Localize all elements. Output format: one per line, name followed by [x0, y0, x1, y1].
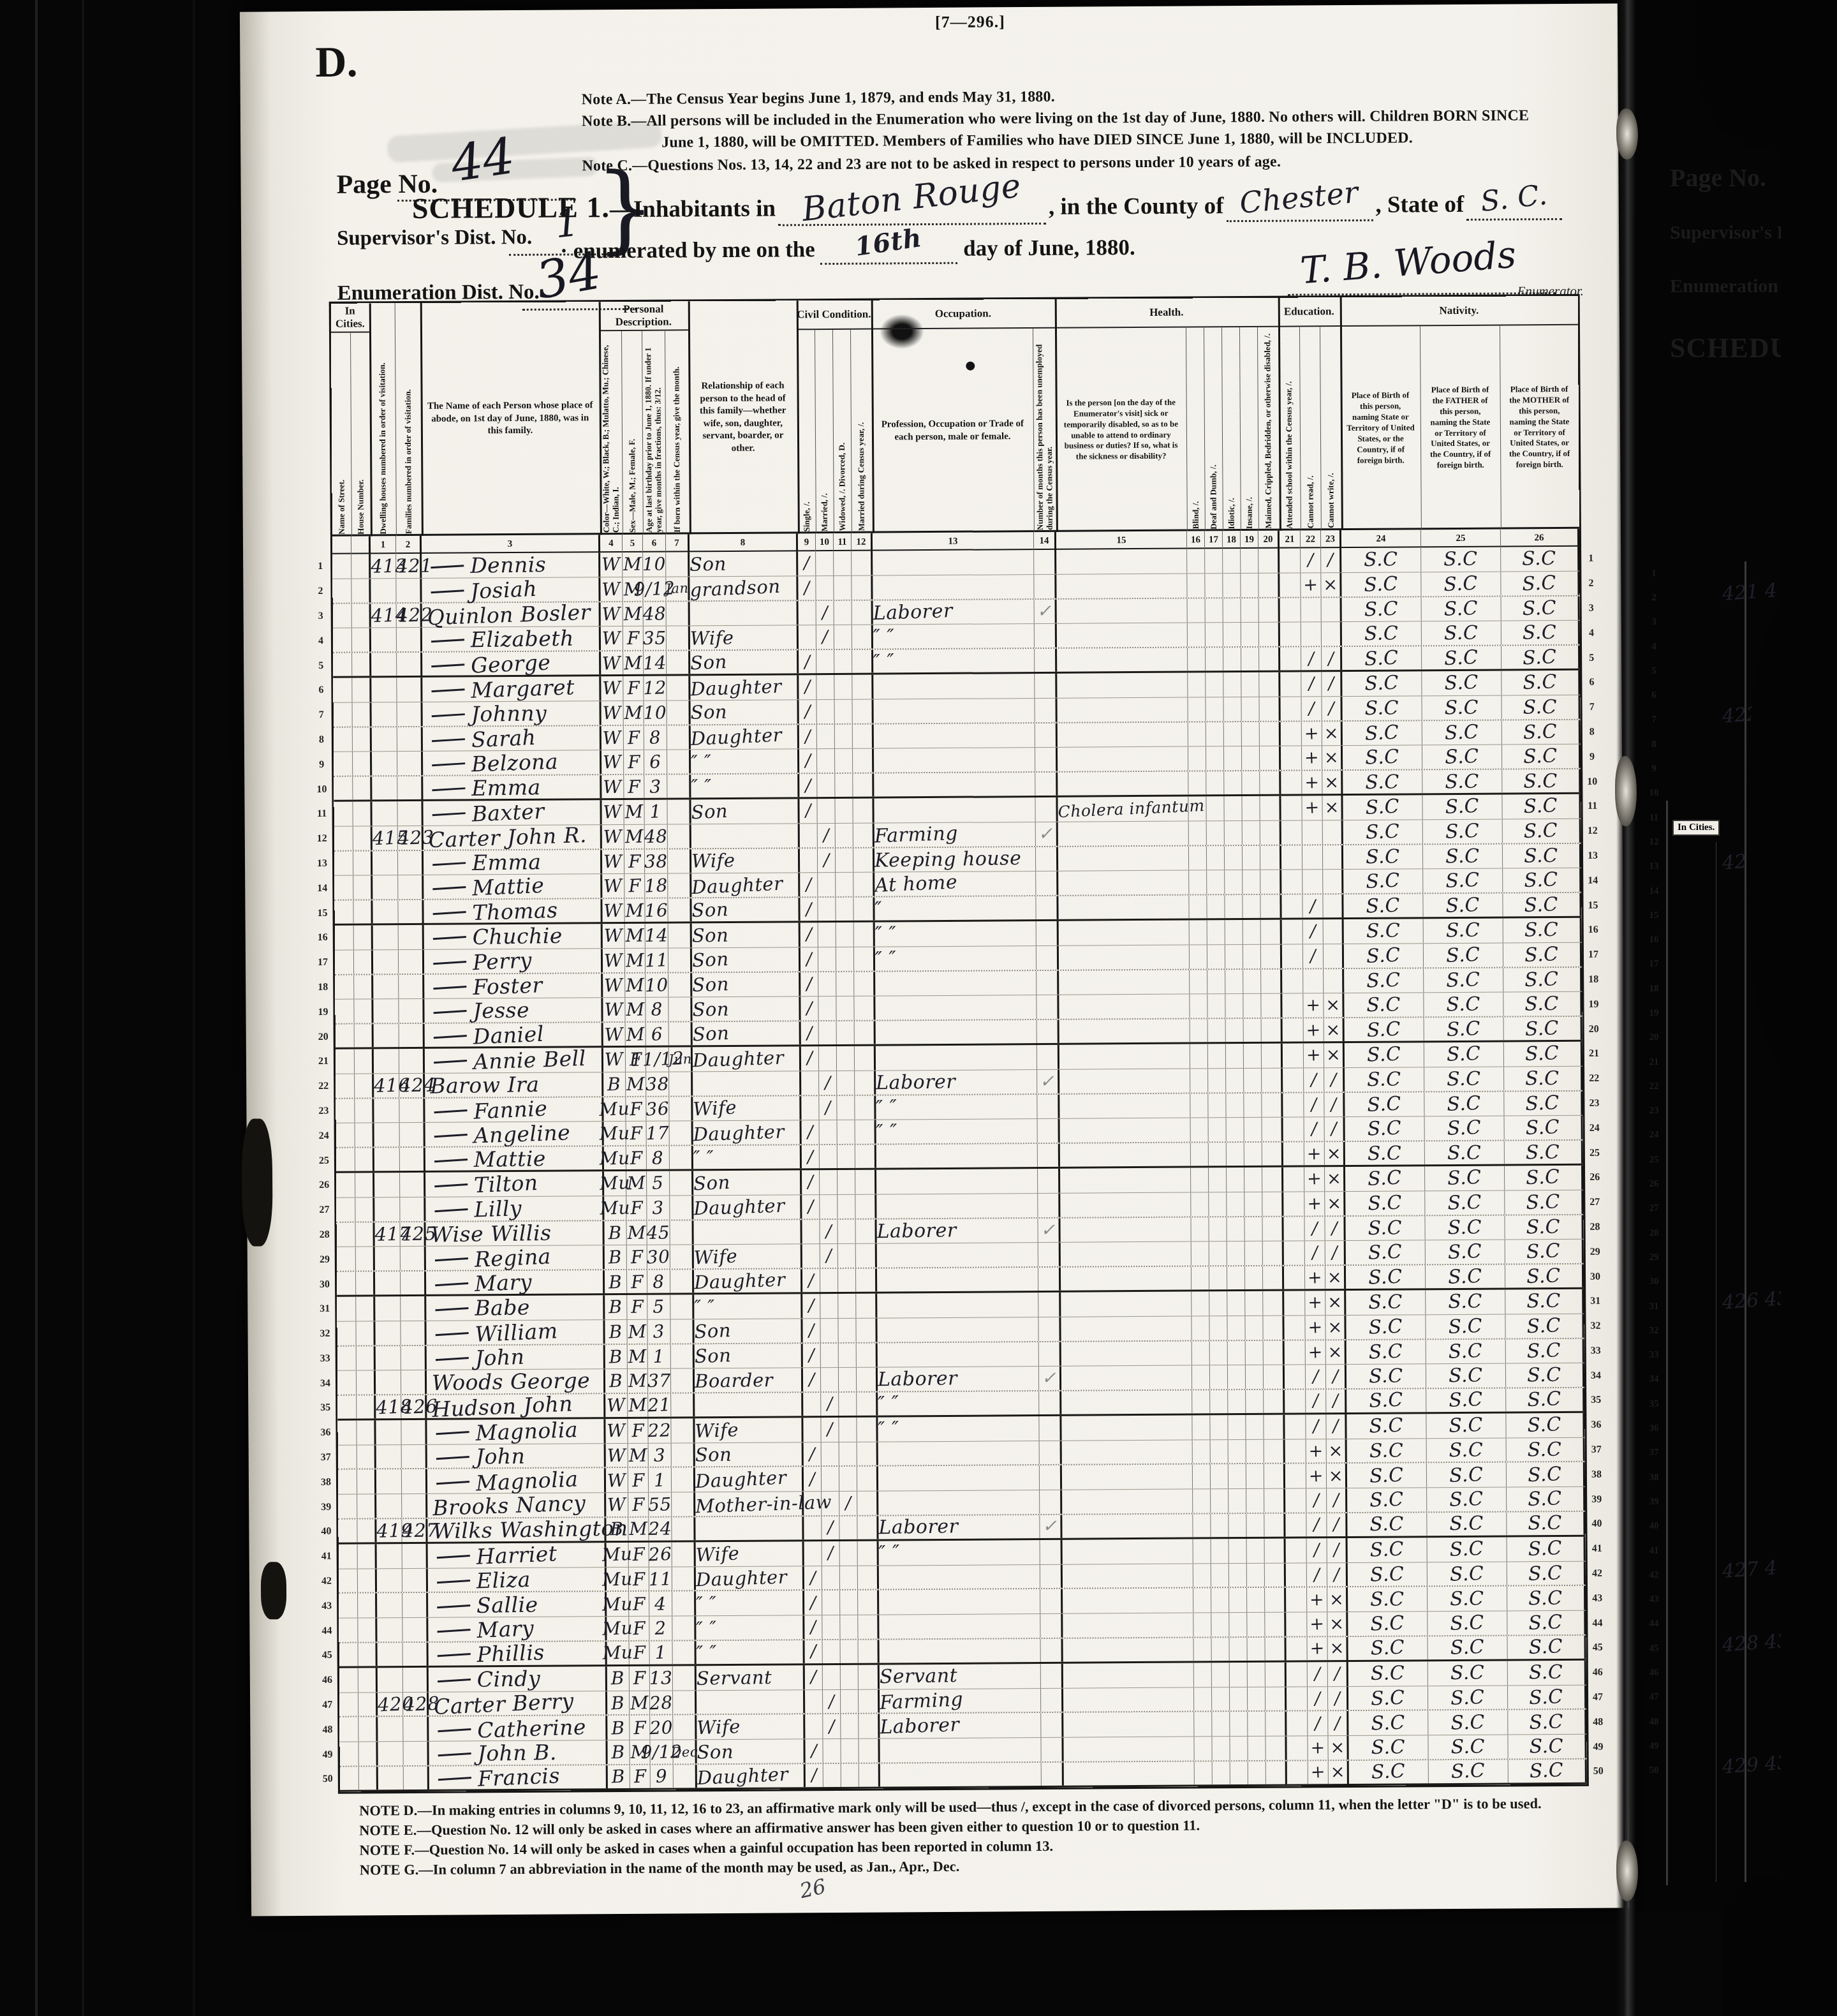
cell: S.C: [1423, 894, 1503, 917]
cell-value: M: [624, 826, 644, 847]
cell: [837, 1219, 855, 1243]
cell-empty: [1264, 1390, 1285, 1413]
header-cell-c23: Cannot write, /.: [1320, 327, 1341, 530]
cell-empty: [338, 1470, 357, 1494]
cell: [1057, 598, 1188, 623]
cell-value: S.C: [1528, 1438, 1562, 1461]
cell: 5: [647, 1171, 670, 1195]
cell: [693, 1220, 802, 1245]
cell: [823, 1764, 841, 1787]
cell: S.C: [1501, 547, 1579, 572]
cell-value: /: [1333, 1540, 1340, 1560]
cell: [1281, 820, 1302, 844]
cell: /: [1301, 697, 1322, 720]
cell: S.C: [1343, 721, 1422, 746]
cell: [839, 1368, 857, 1391]
cell-value: Jun: [668, 1051, 692, 1067]
cell: M: [628, 1344, 648, 1368]
cell-empty: [1212, 1712, 1230, 1737]
cell: /: [819, 1071, 837, 1095]
row-number: 11: [1584, 794, 1600, 819]
cell: Wife: [697, 1715, 805, 1740]
cell: [877, 1317, 1038, 1342]
cell: S.C: [1345, 1216, 1425, 1241]
cell: ″ ″: [878, 1416, 1039, 1441]
state-value: S. C.: [1479, 179, 1549, 218]
cell: [1063, 1638, 1194, 1662]
cell: S.C: [1505, 1240, 1584, 1264]
cell-value: S.C: [1450, 1587, 1484, 1610]
cell: [820, 1294, 838, 1318]
surname-ditto-dash: [431, 663, 464, 667]
adj-row-number: 41: [1644, 1539, 1664, 1563]
cell-value: +: [1308, 1342, 1323, 1363]
cell: /: [802, 1294, 820, 1318]
cell-value: F: [633, 1642, 646, 1664]
cell: [401, 1420, 427, 1444]
cell: S.C: [1429, 1760, 1509, 1784]
cell-value: ×: [1327, 1317, 1343, 1337]
cell: [373, 900, 398, 923]
row-number: 20: [1586, 1017, 1602, 1042]
cell: 10: [643, 552, 666, 577]
cell-empty: [336, 1049, 355, 1073]
cell: [1063, 1539, 1193, 1564]
cell-value: W: [607, 1494, 626, 1516]
cell-value: M: [623, 603, 642, 625]
cell-value: F: [627, 752, 640, 773]
column-number: [351, 536, 371, 554]
cell: [836, 873, 853, 896]
cell: S.C: [1501, 621, 1580, 645]
cell: [401, 1296, 426, 1321]
cell-value: 48: [642, 603, 667, 625]
cell: /: [839, 1492, 857, 1515]
column-number: 3: [422, 535, 600, 554]
cell: S.C: [1506, 1413, 1584, 1438]
cell-empty: [1225, 870, 1243, 894]
cell: [402, 1445, 427, 1469]
cell: [855, 1219, 876, 1243]
cell-value: F: [631, 1544, 645, 1566]
adj-row-number: 48: [1644, 1710, 1664, 1734]
cell-empty: [1207, 995, 1225, 1018]
cell: S.C: [1348, 1612, 1428, 1636]
cell-value: M: [624, 702, 643, 723]
cell: 38: [645, 849, 668, 873]
cell: [399, 1024, 425, 1047]
surname-ditto-dash: [434, 1010, 467, 1014]
cell-empty: [1210, 1341, 1228, 1365]
cell: [1322, 598, 1342, 622]
cell-value: /: [1314, 1714, 1321, 1733]
cell: [857, 1417, 878, 1441]
cell: [400, 1148, 425, 1171]
row-number: 40: [318, 1520, 334, 1545]
cell-empty: [339, 1693, 358, 1716]
header-label-c21: Attended school within the Census year, …: [1283, 379, 1295, 530]
cell-empty: [1228, 1415, 1246, 1439]
cell-empty: [1205, 549, 1223, 573]
cell-empty: [1193, 1564, 1211, 1587]
cell-value: /: [822, 603, 829, 623]
cell: /: [1325, 1117, 1345, 1141]
cell: [1059, 970, 1190, 995]
cell: /: [1306, 1489, 1327, 1513]
cell: ×: [1322, 771, 1343, 794]
cell: Mother-in-law: [695, 1492, 804, 1516]
cell-value: M: [626, 999, 645, 1020]
cell: S.C: [1506, 1363, 1584, 1388]
cell: S.C: [1501, 646, 1580, 669]
cell: S.C: [1346, 1241, 1426, 1265]
cell: [823, 1665, 841, 1689]
adj-row-number: 24: [1644, 1123, 1664, 1148]
cell: [1040, 1540, 1063, 1564]
cell-value: W: [604, 949, 624, 971]
row-number: 36: [317, 1421, 334, 1446]
cell: ×: [1325, 1266, 1346, 1289]
cell-name: George: [422, 651, 601, 676]
surname-ditto-dash: [432, 862, 466, 866]
cell: [1285, 1414, 1306, 1439]
cell: W: [601, 676, 623, 700]
cell-empty: [1242, 746, 1260, 770]
cell-empty: [337, 1420, 357, 1444]
cell: [834, 675, 852, 699]
cell: Mu: [607, 1592, 629, 1616]
cell: [397, 628, 422, 651]
cell: S.C: [1347, 1464, 1427, 1488]
cell-value: /: [1328, 674, 1335, 693]
cell-empty: [1243, 945, 1261, 968]
cell: [1039, 1416, 1061, 1441]
cell: [371, 678, 397, 702]
film-blob: [1722, 1876, 1837, 2016]
cell-value: /: [804, 727, 811, 746]
surname-ditto-dash: [436, 1332, 469, 1336]
cell: S.C: [1345, 1191, 1425, 1215]
row-number: 48: [319, 1717, 336, 1742]
cell-empty: [339, 1619, 358, 1642]
cell-value: ×: [1329, 1590, 1345, 1610]
cell: [1281, 746, 1302, 770]
cell-empty: [355, 1173, 374, 1197]
cell-value: /: [1308, 649, 1315, 669]
cell-empty: [1246, 1340, 1264, 1365]
row-number: 40: [1588, 1512, 1605, 1537]
cell: [818, 923, 836, 947]
cell: S.C: [1507, 1512, 1585, 1536]
cell: Daughter: [695, 1467, 804, 1492]
cell-name: Babe: [426, 1295, 605, 1321]
header-cell-street: Name of Street.: [331, 333, 351, 537]
cell-value: /: [805, 776, 811, 796]
cell-value: /: [1311, 1219, 1318, 1238]
cell-empty: [1188, 747, 1206, 771]
cell-empty: [1230, 1687, 1248, 1711]
enumeration-label: Enumeration Dist. No.: [337, 281, 539, 306]
supervisor-label: Supervisor's Dist. No.: [337, 226, 532, 251]
row-number: 16: [314, 926, 331, 951]
cell: [819, 1021, 837, 1044]
cell-value: ″ ″: [876, 1096, 898, 1119]
cell-empty: [1210, 1365, 1228, 1389]
cell: [669, 1097, 693, 1121]
cell-value: S.C: [1446, 968, 1481, 992]
cell-empty: [337, 1321, 356, 1345]
cell: W: [602, 899, 624, 922]
cell-value: /: [826, 1394, 833, 1414]
cell: [374, 1049, 399, 1073]
cell-empty: [1188, 672, 1206, 697]
cell: 17: [647, 1122, 670, 1145]
cell-name: Hudson John: [427, 1394, 605, 1418]
row-number: 6: [313, 678, 329, 703]
cell: 26: [649, 1542, 672, 1566]
cell: S.C: [1505, 1289, 1584, 1314]
person-name: Magnolia: [475, 1417, 579, 1445]
cell-empty: [1226, 1093, 1244, 1118]
cell: [818, 873, 836, 896]
cell-empty: [356, 1296, 375, 1321]
cell-empty: [1259, 598, 1280, 622]
cell: 420: [378, 1693, 403, 1716]
cell-value: F: [630, 1271, 644, 1293]
cell-value: /: [845, 1493, 852, 1513]
cell: ″ ″: [694, 1294, 802, 1319]
column-number: 21: [1280, 530, 1301, 548]
cell-empty: [355, 1074, 374, 1097]
cell-value: W: [605, 999, 624, 1020]
cell-value: S.C: [1528, 1512, 1562, 1535]
cell-value: S.C: [1448, 1340, 1483, 1363]
cell: [668, 998, 692, 1021]
cell: Son: [692, 947, 800, 972]
cell: B: [606, 1518, 628, 1541]
cell: [374, 1148, 400, 1171]
header-label-c5: Sex—Male, M.; Female, F.: [627, 437, 638, 535]
cell-value: ″ ″: [691, 775, 712, 797]
cell: [1037, 1020, 1059, 1043]
cell-value: W: [603, 752, 622, 773]
row-number: 34: [317, 1371, 334, 1396]
adj-row-number: 44: [1644, 1612, 1664, 1636]
cell-value: F: [632, 1568, 646, 1590]
cell: F: [624, 750, 644, 774]
cell-empty: [335, 975, 354, 999]
header-cell-c22: Cannot read, /.: [1299, 327, 1321, 530]
group-label-nativity: Nativity.: [1340, 296, 1578, 327]
cell: /: [1305, 1241, 1325, 1265]
cell: S.C: [1508, 1661, 1586, 1686]
cell-value: S.C: [1527, 1463, 1562, 1486]
cell-value: /: [806, 924, 812, 944]
cell-value: 55: [648, 1493, 672, 1515]
cell-empty: [1194, 1663, 1212, 1687]
cell-value: Son: [697, 1740, 734, 1763]
cell: 8: [647, 1270, 670, 1293]
header-cell-c26: Place of Birth of the MOTHER of this per…: [1500, 325, 1579, 530]
cell: ×: [1327, 1464, 1347, 1488]
cell-empty: [336, 1173, 355, 1197]
cell: 14: [646, 924, 668, 948]
cell: S.C: [1428, 1587, 1507, 1612]
cell-empty: [356, 1247, 375, 1271]
cell: F: [624, 849, 645, 873]
cell: [1061, 1366, 1192, 1390]
cell-value: S.C: [1445, 795, 1480, 819]
cell: [839, 1516, 857, 1539]
cell: [822, 1442, 839, 1466]
cell-empty: [1194, 1712, 1212, 1737]
cell: [856, 1244, 877, 1268]
cell-empty: [1247, 1539, 1265, 1563]
cell-empty: [1242, 796, 1260, 820]
cell: S.C: [1427, 1488, 1507, 1512]
cell: B: [605, 1369, 628, 1393]
cell-name: John B.: [429, 1740, 607, 1765]
cell-value: S.C: [1530, 1735, 1564, 1758]
cell: +: [1302, 722, 1322, 746]
cell-value: +: [1306, 1019, 1321, 1040]
cell: [835, 724, 853, 748]
cell-value: S.C: [1449, 1464, 1484, 1487]
cell: [1060, 1192, 1191, 1217]
cell-value: F: [627, 727, 640, 748]
person-name: Johnny: [471, 700, 547, 727]
cell: F: [629, 1567, 649, 1590]
cell: S.C: [1428, 1710, 1508, 1735]
cell-empty: [352, 604, 371, 628]
cell-name: Mattie: [425, 1146, 604, 1171]
cell: [821, 1343, 839, 1367]
cell: Daughter: [691, 725, 799, 750]
cell: [1287, 1761, 1308, 1784]
cell-name: Annie Bell: [425, 1048, 603, 1073]
cell: [852, 600, 873, 625]
cell: S.C: [1503, 843, 1581, 868]
cell: /: [1306, 1390, 1326, 1412]
cell: +: [1305, 1316, 1325, 1339]
row-number: 47: [319, 1693, 336, 1717]
cell-value: S.C: [1447, 1067, 1481, 1090]
cell-empty: [1263, 1266, 1284, 1289]
cell-value: 36: [646, 1098, 670, 1120]
cell-empty: [353, 801, 372, 826]
row-number: 49: [319, 1742, 336, 1767]
cell-empty: [1189, 821, 1207, 845]
cell: [1322, 622, 1342, 646]
cell: /: [800, 873, 818, 896]
cell-value: Son: [691, 800, 728, 824]
cell: Mu: [603, 1097, 626, 1121]
cell-name: Magnolia: [427, 1469, 606, 1494]
cell-value: /: [1313, 1565, 1320, 1585]
cell-empty: [1266, 1761, 1287, 1784]
cell: [1034, 550, 1056, 574]
adj-row-number: 40: [1644, 1515, 1664, 1539]
cell-empty: [354, 1000, 373, 1023]
cell-empty: [1243, 920, 1261, 944]
cell: S.C: [1508, 1735, 1586, 1759]
cell-value: B: [607, 1074, 621, 1095]
cell-empty: [1265, 1539, 1286, 1563]
cell: F: [629, 1592, 649, 1616]
cell: S.C: [1507, 1537, 1586, 1562]
cell: S.C: [1508, 1685, 1586, 1709]
cell-value: S.C: [1368, 1265, 1403, 1289]
cell: [1283, 1019, 1304, 1042]
person-name: Foster: [473, 972, 543, 1000]
cell-name: Wise Willis: [425, 1221, 604, 1247]
cell: S.C: [1422, 795, 1502, 820]
cell: /: [804, 1566, 822, 1590]
cell: [1280, 623, 1301, 646]
cell-empty: [358, 1544, 377, 1568]
cell: [404, 1767, 429, 1790]
cell: [1060, 1217, 1191, 1242]
cell: [822, 1615, 840, 1639]
cell-value: S.C: [1523, 671, 1558, 695]
adj-row-number: 49: [1644, 1734, 1664, 1758]
cell: [820, 1269, 838, 1292]
cell: [1058, 722, 1188, 747]
header-label-c18: Idiotic, /.: [1226, 496, 1237, 531]
cell: Wife: [695, 1418, 803, 1442]
cell-value: Cholera infantum: [1058, 796, 1205, 821]
cell: 3: [647, 1196, 670, 1219]
cell: [399, 974, 424, 998]
cell: S.C: [1346, 1290, 1426, 1315]
cell-value: Laborer: [880, 1714, 960, 1738]
cell: [403, 1742, 429, 1765]
footnote: NOTE F.—Question No. 14 will only be ask…: [359, 1838, 1053, 1859]
cell-empty: [353, 876, 373, 900]
cell: [834, 625, 852, 649]
cell-value: 20: [649, 1717, 674, 1738]
cell-empty: [1192, 1415, 1210, 1439]
cell-value: S.C: [1528, 1562, 1563, 1585]
enumerated-pre: · enumerated by me on the: [560, 237, 815, 263]
cell: S.C: [1424, 1018, 1504, 1041]
cell-name: John: [427, 1345, 605, 1370]
person-name: Mary: [476, 1615, 535, 1643]
cell-value: W: [603, 851, 623, 872]
cell: [666, 552, 690, 576]
cell-value: S.C: [1448, 1265, 1483, 1289]
cell-value: ″ ″: [693, 1146, 714, 1169]
cell-value: /: [825, 1246, 832, 1266]
cell-value: /: [808, 1271, 815, 1291]
cell: ✓: [1036, 822, 1058, 846]
cell: [1302, 870, 1323, 894]
adj-row-number: 19: [1644, 1001, 1664, 1025]
cell: S.C: [1422, 770, 1502, 794]
person-name: Hudson John: [432, 1391, 573, 1422]
cell-empty: [1188, 697, 1206, 721]
cell: B: [605, 1320, 627, 1344]
adj-row-number: 33: [1644, 1344, 1664, 1368]
cell-value: /: [1330, 1095, 1337, 1115]
cell: [837, 1145, 855, 1168]
cell: [855, 1145, 876, 1168]
cell: [1323, 894, 1343, 917]
cell-value: Son: [693, 1171, 730, 1195]
row-number: 15: [1584, 893, 1601, 918]
cell: [1280, 672, 1301, 696]
cell-empty: [334, 802, 353, 826]
